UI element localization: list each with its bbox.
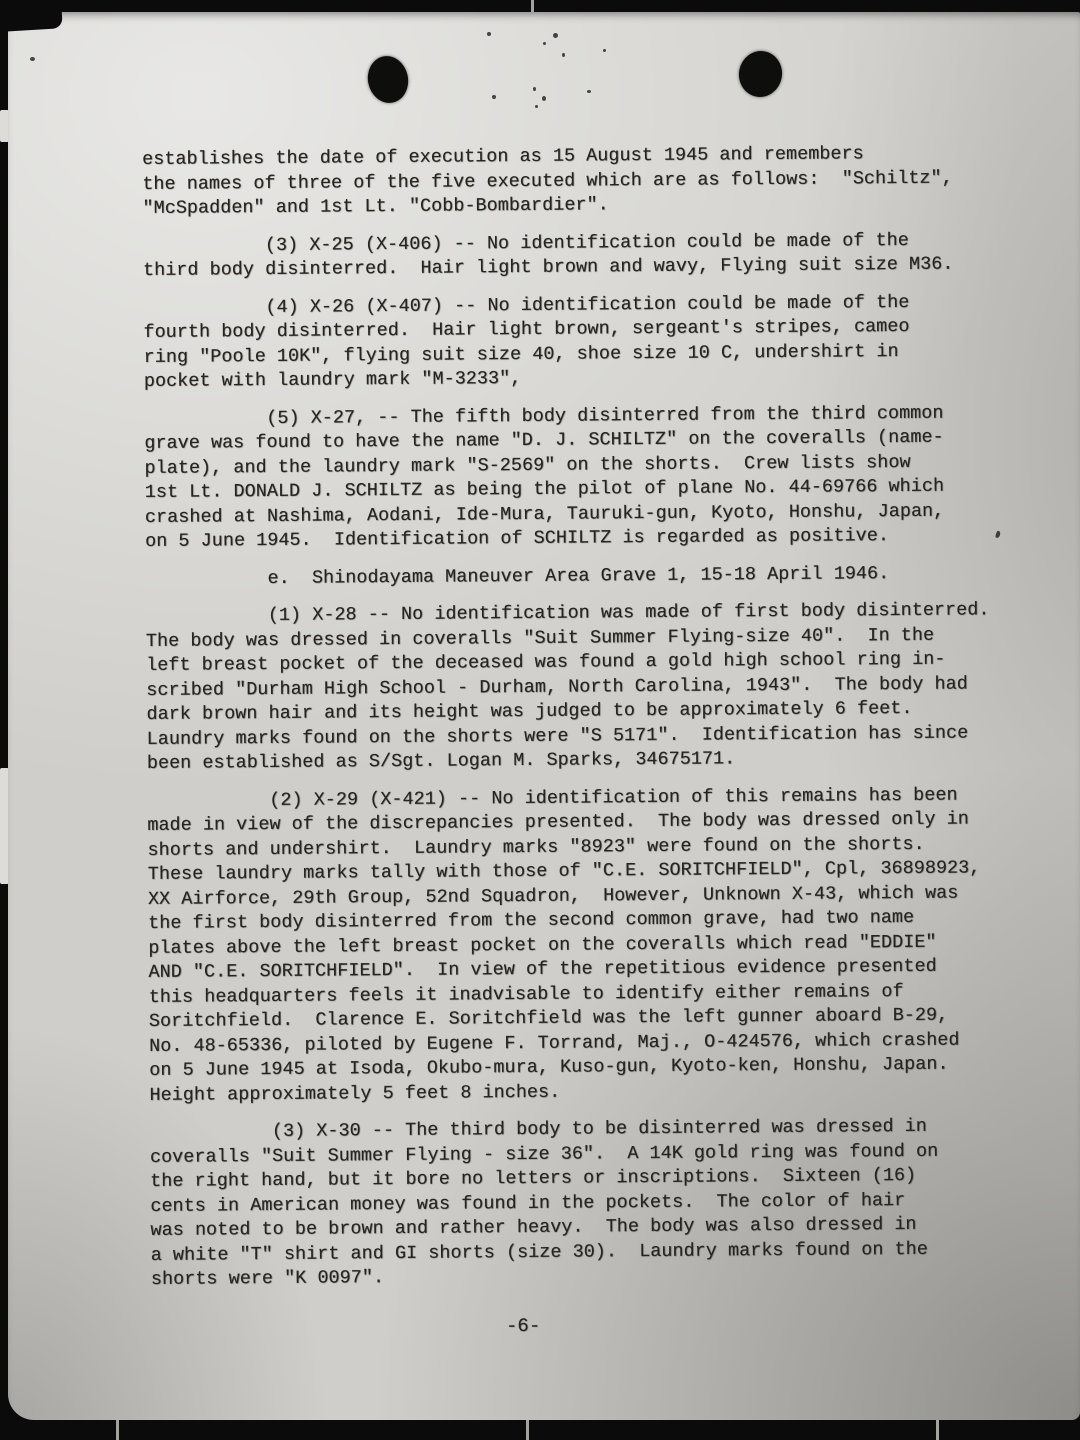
ink-speck	[492, 95, 496, 99]
ink-speck	[487, 32, 491, 36]
para-x28: (1) X-28 -- No identification was made o…	[146, 598, 1027, 776]
para-intro-continuation: establishes the date of execution as 15 …	[142, 141, 1023, 221]
para-x26: (4) X-26 (X-407) -- No identification co…	[143, 290, 1024, 395]
document-page: establishes the date of execution as 15 …	[8, 12, 1080, 1420]
para-x27: (5) X-27, -- The fifth body disinterred …	[144, 401, 1025, 555]
top-left-corner-smudge	[0, 2, 63, 32]
ink-speck	[30, 57, 35, 61]
ink-speck	[542, 96, 546, 101]
ink-speck	[533, 87, 536, 91]
punch-hole-left	[364, 52, 413, 106]
typed-line: e. Shinodayama Maneuver Area Grave 1, 15…	[145, 561, 1025, 592]
para-x29: (2) X-29 (X-421) -- No identification of…	[147, 783, 1029, 1108]
ink-speck	[603, 49, 606, 52]
ink-speck	[587, 90, 591, 93]
heading-shinodayama: e. Shinodayama Maneuver Area Grave 1, 15…	[145, 561, 1025, 592]
ink-speck	[535, 105, 538, 108]
typed-text: establishes the date of execution as 15 …	[142, 141, 1031, 1292]
punch-hole-right	[735, 48, 785, 101]
ink-speck	[562, 53, 565, 57]
ink-speck	[543, 42, 546, 45]
para-x30: (3) X-30 -- The third body to be disinte…	[150, 1114, 1031, 1292]
para-x25: (3) X-25 (X-406) -- No identification co…	[143, 228, 1023, 284]
ink-speck	[553, 33, 558, 38]
page-number: -6-	[506, 1315, 540, 1337]
